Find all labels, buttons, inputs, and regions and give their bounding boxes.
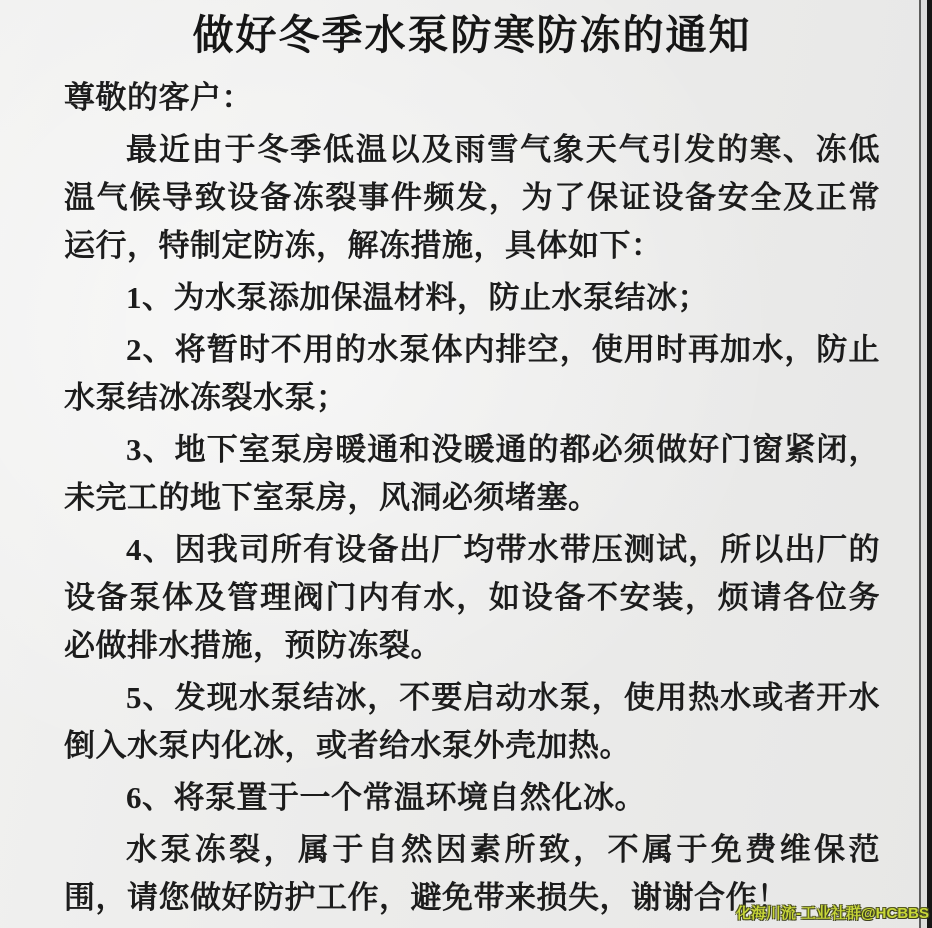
notice-item-5: 5、发现水泵结冰，不要启动水泵，使用热水或者开水倒入水泵内化冰，或者给水泵外壳加…	[64, 674, 880, 770]
page-edge-shadow	[927, 0, 932, 928]
salutation: 尊敬的客户：	[64, 74, 880, 122]
notice-content: 做好冬季水泵防寒防冻的通知 尊敬的客户： 最近由于冬季低温以及雨雪气象天气引发的…	[0, 0, 932, 922]
intro-paragraph: 最近由于冬季低温以及雨雪气象天气引发的寒、冻低温气候导致设备冻裂事件频发，为了保…	[64, 126, 880, 270]
notice-document-page: 做好冬季水泵防寒防冻的通知 尊敬的客户： 最近由于冬季低温以及雨雪气象天气引发的…	[0, 0, 932, 928]
watermark: 化海川流-工业社群@HCBBS	[736, 902, 929, 923]
notice-item-2: 2、将暂时不用的水泵体内排空，使用时再加水，防止水泵结冰冻裂水泵；	[64, 326, 880, 422]
notice-title: 做好冬季水泵防寒防冻的通知	[64, 8, 880, 62]
notice-item-1: 1、为水泵添加保温材料，防止水泵结冰；	[64, 274, 880, 322]
notice-item-4: 4、因我司所有设备出厂均带水带压测试，所以出厂的设备泵体及管理阀门内有水，如设备…	[64, 526, 880, 670]
page-edge-line	[919, 0, 921, 928]
notice-item-3: 3、地下室泵房暖通和没暖通的都必须做好门窗紧闭，未完工的地下室泵房，风洞必须堵塞…	[64, 426, 880, 522]
notice-body: 尊敬的客户： 最近由于冬季低温以及雨雪气象天气引发的寒、冻低温气候导致设备冻裂事…	[64, 74, 880, 922]
notice-item-6: 6、将泵置于一个常温环境自然化冰。	[64, 774, 880, 822]
